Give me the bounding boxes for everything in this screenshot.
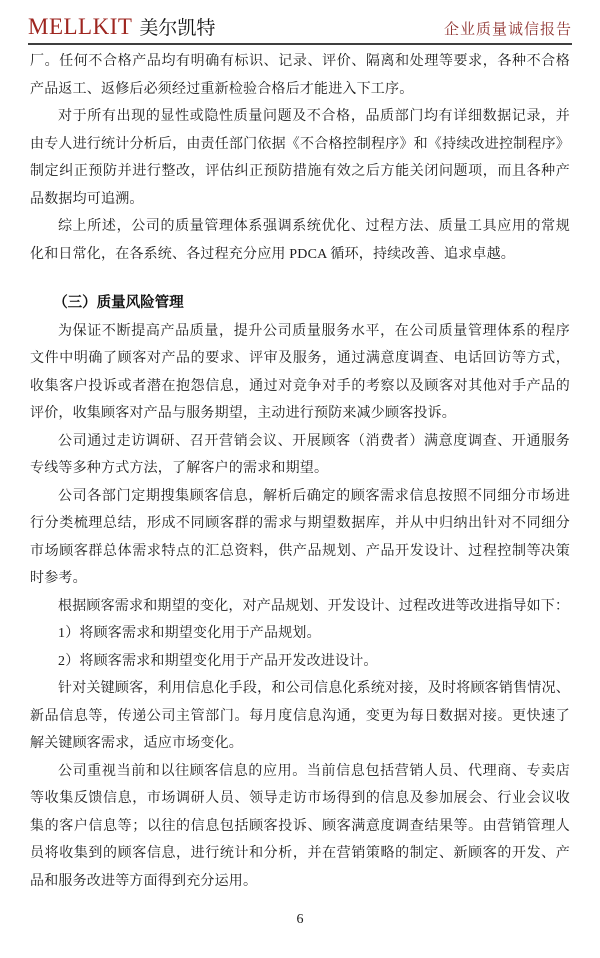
text-line: 综上所述，公司的质量管理体系强调系统优化、过程方法、质量工具应用的常规 bbox=[30, 213, 570, 241]
text-line: 文件中明确了顾客对产品的要求、评审及服务，通过满意度调查、电话回访等方式， bbox=[30, 345, 570, 373]
document-body: 厂。任何不合格产品均有明确有标识、记录、评价、隔离和处理等要求，各种不合格产品返… bbox=[30, 48, 570, 895]
text-line: 由专人进行统计分析后，由责任部门依据《不合格控制程序》和《持续改进控制程序》 bbox=[30, 131, 570, 159]
section-heading: （三）质量风险管理 bbox=[30, 290, 570, 318]
text-line: 时参考。 bbox=[30, 565, 570, 593]
text-line: 1）将顾客需求和期望变化用于产品规划。 bbox=[30, 620, 570, 648]
text-line: 为保证不断提高产品质量，提升公司质量服务水平，在公司质量管理体系的程序 bbox=[30, 318, 570, 346]
company-logo-text: MELLKIT bbox=[28, 14, 132, 40]
text-line: 评价，收集顾客对产品与服务期望，主动进行预防来减少顾客投诉。 bbox=[30, 400, 570, 428]
text-line: 公司各部门定期搜集顾客信息，解析后确定的顾客需求信息按照不同细分市场进 bbox=[30, 483, 570, 511]
text-line: 对于所有出现的显性或隐性质量问题及不合格，品质部门均有详细数据记录，并 bbox=[30, 103, 570, 131]
text-line: 等收集反馈信息，市场调研人员、领导走访市场得到的信息及参加展会、行业会议收 bbox=[30, 785, 570, 813]
text-line: 市场顾客群总体需求特点的汇总资料，供产品规划、产品开发设计、过程控制等决策 bbox=[30, 538, 570, 566]
text-line: 员将收集到的顾客信息，进行统计和分析，并在营销策略的制定、新顾客的开发、产 bbox=[30, 840, 570, 868]
report-title: 企业质量诚信报告 bbox=[444, 18, 572, 40]
text-line: 品数据均可追溯。 bbox=[30, 186, 570, 214]
text-line: 厂。任何不合格产品均有明确有标识、记录、评价、隔离和处理等要求，各种不合格 bbox=[30, 48, 570, 76]
page-number: 6 bbox=[297, 912, 304, 927]
text-line: 收集客户投诉或者潜在抱怨信息，通过对竞争对手的考察以及顾客对其他对手产品的 bbox=[30, 373, 570, 401]
text-line: 行分类梳理总结，形成不同顾客群的需求与期望数据库，并从中归纳出针对不同细分 bbox=[30, 510, 570, 538]
text-line: 制定纠正预防并进行整改，评估纠正预防措施有效之后方能关闭问题项，而且各种产 bbox=[30, 158, 570, 186]
text-line: 解关键顾客需求，适应市场变化。 bbox=[30, 730, 570, 758]
text-line: 根据顾客需求和期望的变化，对产品规划、开发设计、过程改进等改进指导如下： bbox=[30, 593, 570, 621]
text-line: 化和日常化，在各系统、各过程充分应用 PDCA 循环，持续改善、追求卓越。 bbox=[30, 241, 570, 269]
text-line: 公司重视当前和以往顾客信息的应用。当前信息包括营销人员、代理商、专卖店 bbox=[30, 758, 570, 786]
text-line: 品和服务改进等方面得到充分运用。 bbox=[30, 868, 570, 896]
text-line: 专线等多种方式方法，了解客户的需求和期望。 bbox=[30, 455, 570, 483]
company-logo: MELLKIT 美尔凯特 bbox=[28, 13, 215, 40]
page-header: MELLKIT 美尔凯特 企业质量诚信报告 bbox=[28, 8, 572, 45]
text-line: 新品信息等，传递公司主管部门。每月度信息沟通，变更为每日数据对接。更快速了 bbox=[30, 703, 570, 731]
text-line: 针对关键顾客，利用信息化手段，和公司信息化系统对接，及时将顾客销售情况、 bbox=[30, 675, 570, 703]
text-line: 2）将顾客需求和期望变化用于产品开发改进设计。 bbox=[30, 648, 570, 676]
document-page: MELLKIT 美尔凯特 企业质量诚信报告 厂。任何不合格产品均有明确有标识、记… bbox=[0, 0, 600, 958]
text-line: 产品返工、返修后必须经过重新检验合格后才能进入下工序。 bbox=[30, 76, 570, 104]
text-line: 公司通过走访调研、召开营销会议、开展顾客（消费者）满意度调查、开通服务 bbox=[30, 428, 570, 456]
company-name-chinese: 美尔凯特 bbox=[139, 13, 215, 40]
page-footer: 6 bbox=[0, 912, 600, 928]
text-line: 集的客户信息等；以往的信息包括顾客投诉、顾客满意度调查结果等。由营销管理人 bbox=[30, 813, 570, 841]
